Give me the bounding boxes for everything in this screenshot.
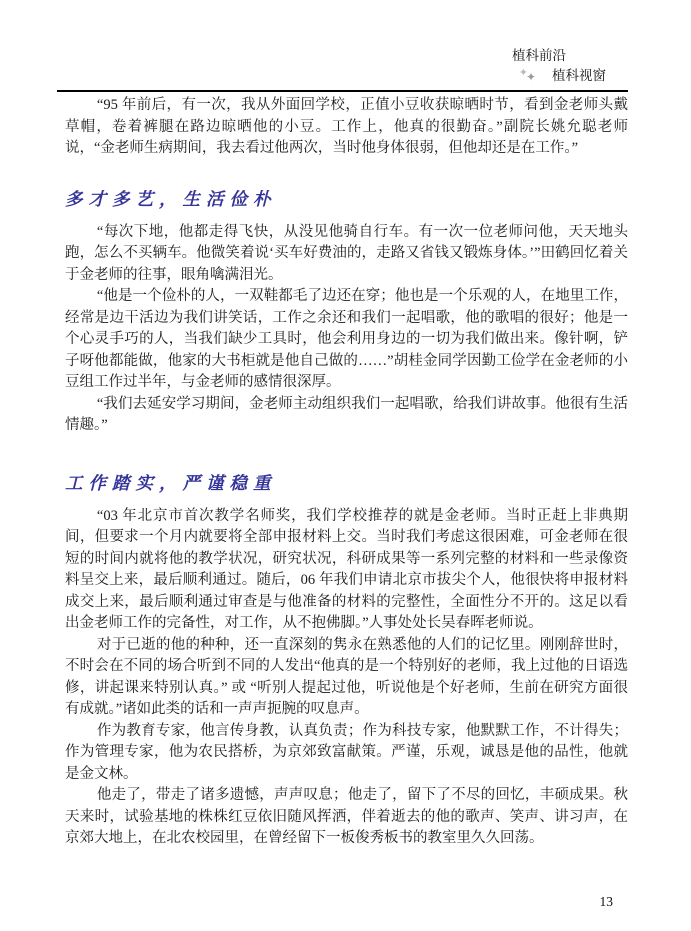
- body-paragraph: 他走了，带走了诸多遗憾，声声叹息；他走了，留下了不尽的回忆，丰硕成果。秋天来时，…: [65, 785, 628, 850]
- body-paragraph: 对于已逝的他的种种，还一直深刻的隽永在熟悉他的人们的记忆里。刚刚辞世时，不时会在…: [65, 635, 628, 721]
- header-line2-label: 植科视窗: [552, 68, 606, 83]
- document-page: 植科前沿 ✦✦植科视窗 “95 年前后，有一次，我从外面回学校，正值小豆收获晾晒…: [0, 0, 691, 931]
- body-paragraph: “我们去延安学习期间，金老师主动组织我们一起唱歌，给我们讲故事。他很有生活情趣。…: [65, 394, 628, 437]
- double-star-icon: ✦✦: [519, 66, 536, 87]
- star-icon: ✦: [526, 68, 536, 87]
- header-title-line1: 植科前沿: [65, 46, 628, 65]
- body-paragraph: “每次下地，他都走得飞快，从没见他骑自行车。有一次一位老师问他，天天地头跑，怎么…: [65, 222, 628, 287]
- header-rule: [57, 90, 628, 92]
- body-paragraph: “他是一个俭朴的人，一双鞋都毛了边还在穿；他也是一个乐观的人，在地里工作，经常是…: [65, 286, 628, 394]
- section-heading-work: 工作踏实，严谨稳重: [65, 470, 628, 495]
- body-paragraph: “95 年前后，有一次，我从外面回学校，正值小豆收获晾晒时节，看到金老师头戴草帽…: [65, 95, 628, 160]
- body-paragraph: “03 年北京市首次教学名师奖，我们学校推荐的就是金老师。当时正赶上非典期间，但…: [65, 506, 628, 635]
- page-number: 13: [600, 894, 614, 910]
- header-title-line2: ✦✦植科视窗: [65, 66, 628, 87]
- body-paragraph: 作为教育专家，他言传身教，认真负责；作为科技专家，他默默工作，不计得失；作为管理…: [65, 721, 628, 786]
- section-heading-talents: 多才多艺，生活俭朴: [65, 186, 628, 211]
- page-header: 植科前沿 ✦✦植科视窗: [65, 46, 628, 87]
